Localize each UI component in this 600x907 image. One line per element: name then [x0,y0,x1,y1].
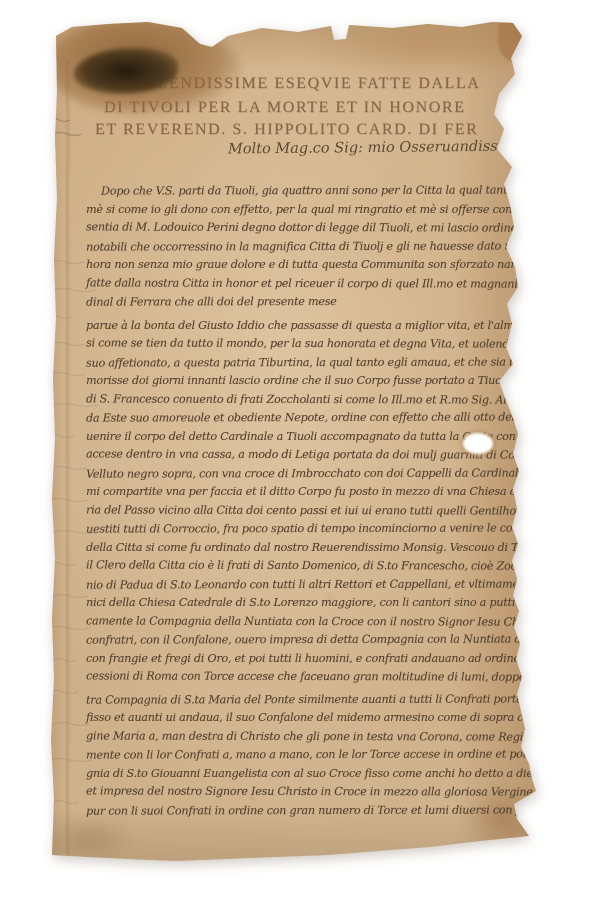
manuscript-line: fisso et auanti ui andaua, il suo Confal… [86,709,546,728]
salutation-line: Molto Mag.co Sig: mio Osseruandissimo [228,138,525,157]
manuscript-line: mente con li lor Confrati a, mano a mano… [86,745,546,765]
manuscript-line: Dopo che V.S. parti da Tiuoli, gia quatt… [86,181,546,201]
manuscript-line: confratri, con il Confalone, ouero impre… [86,630,546,650]
manuscript-line: nici della Chiesa Catedrale di S.to Lore… [86,594,546,613]
manuscript-line: suo affetionato, a questa patria Tiburti… [86,353,546,373]
manuscript-line: et impresa del nostro Signore Iesu Chris… [86,782,546,802]
manuscript-line: mi compartite vna per faccia et il ditto… [86,483,546,502]
manuscript-line: il Clero della Citta cio è li frati di S… [86,556,546,576]
paper-hole [463,433,493,454]
manuscript-line: Velluto negro sopra, con vna croce di Im… [86,464,546,484]
manuscript-line: della Citta si come fu ordinato dal nost… [86,539,546,558]
manuscript-line: morisse doi giorni innanti lascio ordine… [86,372,546,391]
manuscript-line: notabili che occorressino in la magnific… [86,237,546,257]
manuscript-line: uestiti tutti di Corroccio, fra poco spa… [86,519,546,539]
printed-title-line-3: ET REVEREND. S. HIPPOLITO CARD. DI FER [95,120,478,140]
manuscript-photo: SOLENDISSIME ESEQVIE FATTE DALLA DI TIVO… [0,0,600,907]
manuscript-line: gnia di S.to Giouanni Euangelista con al… [86,765,546,784]
manuscript-paper: SOLENDISSIME ESEQVIE FATTE DALLA DI TIVO… [0,0,600,907]
manuscript-line: da Este suo amoreuole et obediente Nepot… [86,408,546,428]
manuscript-line: sentia di M. Lodouico Perini degno dotto… [86,218,546,238]
manuscript-line: tra Compagnia di S.ta Maria del Ponte si… [86,690,546,710]
manuscript-line: ria del Passo vicino alla Citta doi cent… [86,501,546,521]
manuscript-line: parue à la bonta del Giusto Iddio che pa… [86,317,546,336]
torn-corner-flap [498,21,526,61]
manuscript-line: di S. Francesco conuento di frati Zoccho… [86,390,546,410]
manuscript-line: dinal di Ferrara che alli doi del presen… [86,292,546,312]
manuscript-line: gine Maria a, man destra di Christo che … [86,727,546,747]
manuscript-line: hora non senza mio graue dolore e di tut… [86,256,546,275]
manuscript-line: mè si come io gli dono con effetto, per … [86,201,546,220]
manuscript-line: nio di Padua di S.to Leonardo con tutti … [86,575,546,595]
manuscript-body-text: Dopo che V.S. parti da Tiuoli, gia quatt… [86,182,546,820]
manuscript-line: fatte dalla nostra Citta in honor et pel… [86,274,546,294]
marginalia-bleedthrough-marks [46,112,104,852]
manuscript-line: con frangie et fregi di Oro, et poi tutt… [86,650,546,669]
photo-of-manuscript: { "photo": { "background_color": "#fffff… [0,0,600,907]
manuscript-line: si come se tien da tutto il mondo, per l… [86,334,546,354]
manuscript-line: cessioni di Roma con Torce accese che fa… [86,667,546,687]
manuscript-line: pur con li suoi Confrati in ordine con g… [86,801,546,821]
manuscript-line: camente la Compagnia della Nuntiata con … [86,612,546,632]
